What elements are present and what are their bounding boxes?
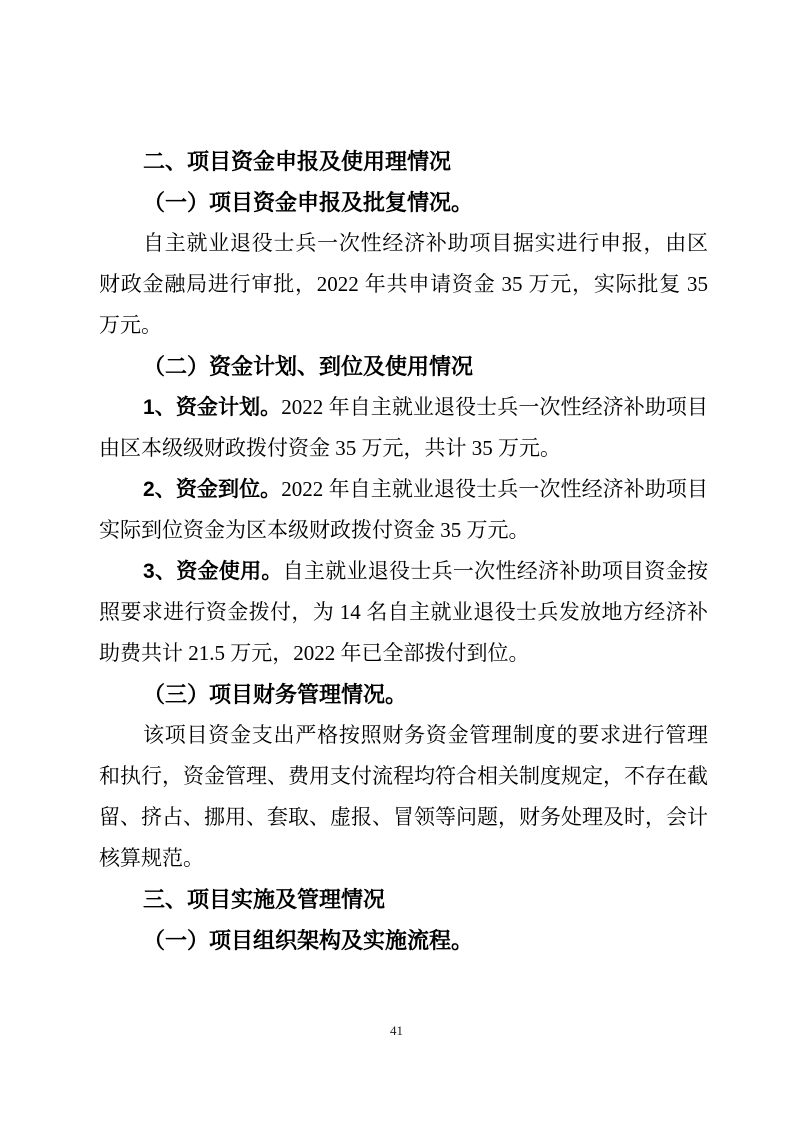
text-run: 该项目资金支出严格按照财务资金管理制度的要求进行管理和执行，资金管理、费用支付流… bbox=[99, 723, 708, 870]
text-run: （一）项目资金申报及批复情况。 bbox=[143, 190, 473, 215]
text-run: 二、项目资金申报及使用理情况 bbox=[143, 149, 451, 174]
section-heading2: （三）项目财务管理情况。 bbox=[99, 674, 708, 715]
section-heading2: （二）资金计划、到位及使用情况 bbox=[99, 346, 708, 387]
text-run: 自主就业退役士兵一次性经济补助项目据实进行申报，由区财政金融局进行审批，2022… bbox=[99, 231, 708, 337]
text-run: （三）项目财务管理情况。 bbox=[143, 682, 407, 707]
page-number: 41 bbox=[0, 1022, 793, 1040]
paragraph-lead: 1、资金计划。 bbox=[143, 396, 281, 419]
section-heading2: （一）项目资金申报及批复情况。 bbox=[99, 182, 708, 223]
text-run: （二）资金计划、到位及使用情况 bbox=[143, 354, 473, 379]
document-content: 二、项目资金申报及使用理情况（一）项目资金申报及批复情况。自主就业退役士兵一次性… bbox=[99, 141, 708, 961]
section-heading2: （一）项目组织架构及实施流程。 bbox=[99, 920, 708, 961]
paragraph: 2、资金到位。2022 年自主就业退役士兵一次性经济补助项目实际到位资金为区本级… bbox=[99, 469, 708, 551]
text-run: 三、项目实施及管理情况 bbox=[143, 887, 385, 912]
paragraph: 该项目资金支出严格按照财务资金管理制度的要求进行管理和执行，资金管理、费用支付流… bbox=[99, 715, 708, 879]
paragraph: 自主就业退役士兵一次性经济补助项目据实进行申报，由区财政金融局进行审批，2022… bbox=[99, 223, 708, 346]
document-page: 二、项目资金申报及使用理情况（一）项目资金申报及批复情况。自主就业退役士兵一次性… bbox=[0, 0, 793, 1122]
paragraph: 3、资金使用。自主就业退役士兵一次性经济补助项目资金按照要求进行资金拨付，为 1… bbox=[99, 551, 708, 674]
section-heading1: 二、项目资金申报及使用理情况 bbox=[99, 141, 708, 182]
paragraph: 1、资金计划。2022 年自主就业退役士兵一次性经济补助项目由区本级级财政拨付资… bbox=[99, 387, 708, 469]
paragraph-lead: 3、资金使用。 bbox=[143, 560, 283, 583]
section-heading1: 三、项目实施及管理情况 bbox=[99, 879, 708, 920]
text-run: （一）项目组织架构及实施流程。 bbox=[143, 928, 473, 953]
paragraph-lead: 2、资金到位。 bbox=[143, 478, 281, 501]
